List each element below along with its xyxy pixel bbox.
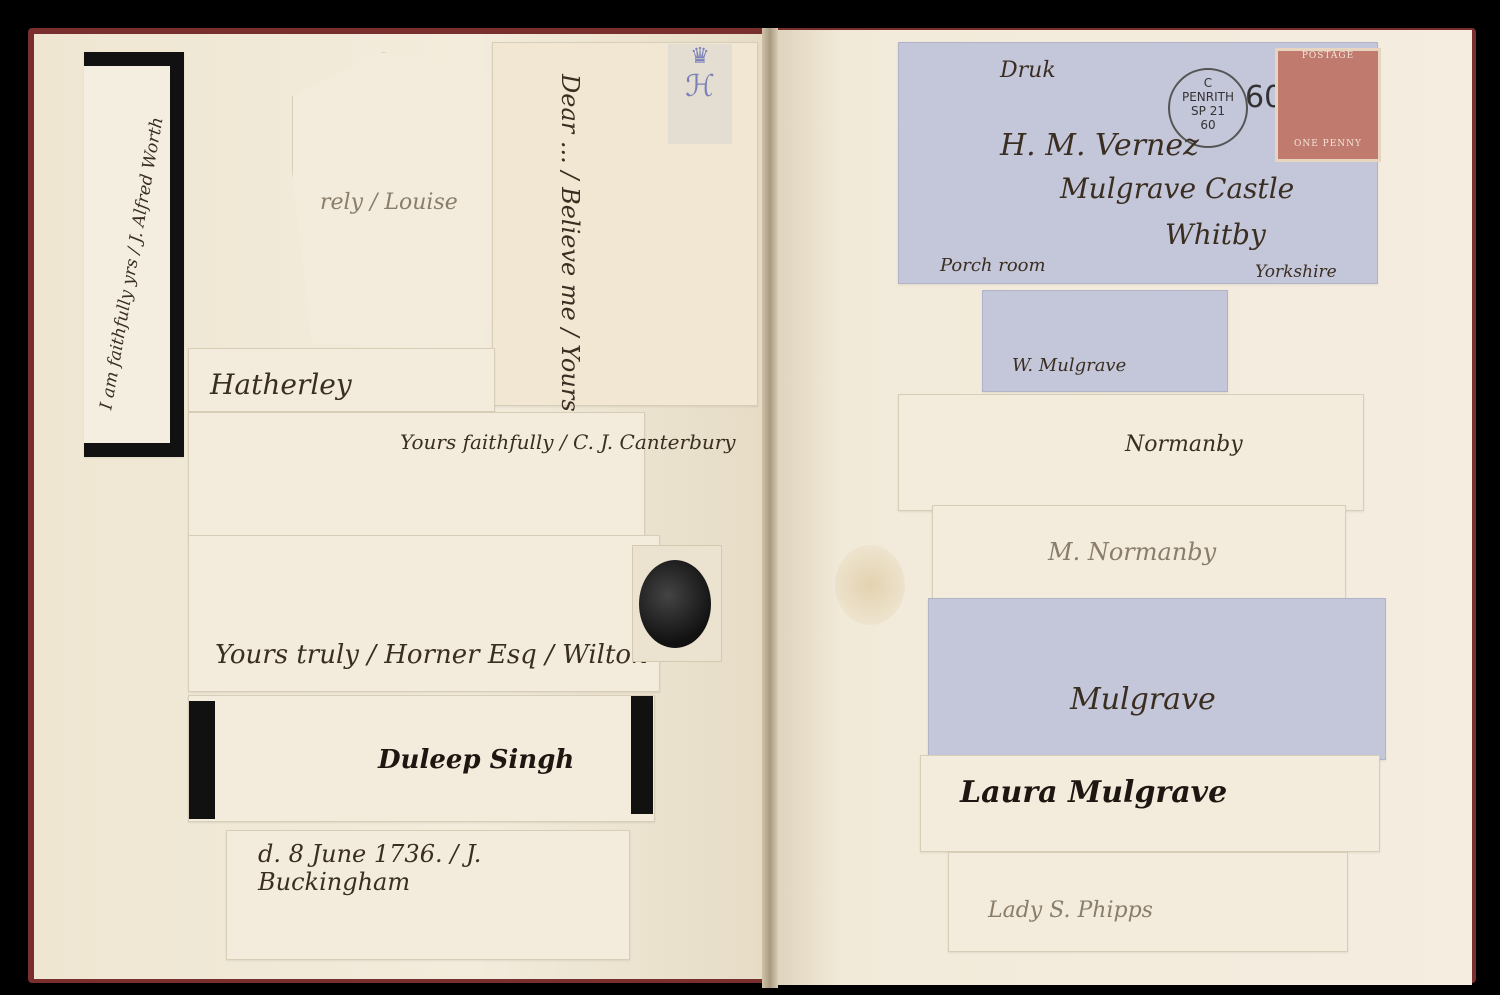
signature-normanby: Normanby [1125,432,1243,457]
book-gutter [762,28,778,988]
signature-w-mulgrave: W. Mulgrave [1012,355,1126,376]
signature-worth: I am faithfully yrs / J. Alfred Worth [96,93,171,412]
envelope-corner-note: Porch room [940,255,1046,276]
signature-adelaide: Dear ... / Believe me / Yours ... / Adel… [556,74,584,374]
mourning-card: I am faithfully yrs / J. Alfred Worth [84,52,184,457]
clipping-mulgrave [928,598,1386,760]
penny-red-stamp: POSTAGE ONE PENNY [1275,48,1381,162]
signature-canterbury: Yours faithfully / C. J. Canterbury [400,430,736,454]
signature-mulgrave: Mulgrave [1070,682,1216,717]
signature-m-normanby: M. Normanby [1048,538,1216,566]
envelope-line4: Yorkshire [1255,262,1337,282]
signature-buckingham: d. 8 June 1736. / J. Buckingham [258,840,618,896]
envelope-line2: Mulgrave Castle [1060,172,1294,205]
envelope-line3: Whitby [1165,218,1266,251]
envelope-top-note: Druk [1000,58,1056,83]
clipping-w-mulgrave [982,290,1228,392]
signature-louise: rely / Louise [320,190,480,215]
envelope-addressee: H. M. Vernez [1000,128,1199,163]
seal-icon [639,560,711,648]
foxing-stain [835,545,905,625]
crown-monogram-icon: ♛ℋ [668,44,732,144]
signature-laura-mulgrave: Laura Mulgrave [960,775,1227,810]
wax-seal [632,545,722,662]
signature-duleep-singh: Duleep Singh [378,745,574,775]
signature-wilton: Yours truly / Horner Esq / Wilton [215,640,648,670]
signature-hatherley: Hatherley [210,368,352,401]
signature-lady-phipps: Lady S. Phipps [988,898,1153,923]
